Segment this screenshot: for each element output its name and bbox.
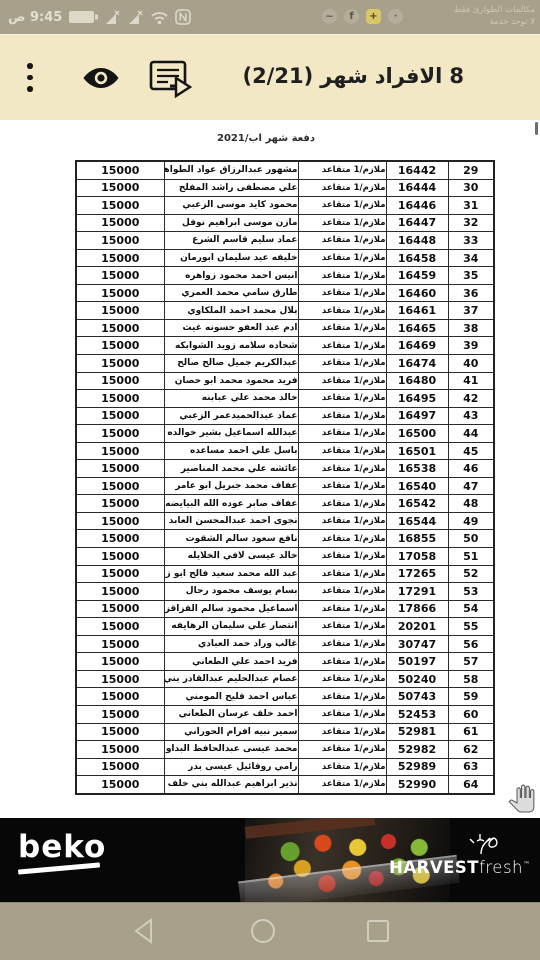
- cell-military-id: 16442: [386, 161, 448, 179]
- cell-military-id: 16540: [386, 477, 448, 495]
- table-row: 5317291ملازم/1 متقاعدبسام يوسف محمود رحا…: [76, 583, 494, 601]
- cell-row-number: 32: [448, 214, 494, 232]
- cell-military-id: 17265: [386, 565, 448, 583]
- cell-rank: ملازم/1 متقاعد: [298, 442, 386, 460]
- cell-military-id: 16460: [386, 284, 448, 302]
- cell-rank: ملازم/1 متقاعد: [298, 214, 386, 232]
- table-row: 6352989ملازم/1 متقاعدرامي روفائيل عيسى ب…: [76, 758, 494, 776]
- cell-row-number: 55: [448, 618, 494, 636]
- cell-name: اسماعيل محمود سالم القزاقزه: [164, 600, 298, 618]
- cell-military-id: 16495: [386, 390, 448, 408]
- cell-amount: 15000: [76, 337, 164, 355]
- payments-table-body: 2916442ملازم/1 متقاعدمشهور عبدالرزاق عوا…: [76, 161, 494, 794]
- table-row: 5117058ملازم/1 متقاعدخالد عيسى لافي الخل…: [76, 548, 494, 566]
- cell-military-id: 16542: [386, 495, 448, 513]
- table-row: 5417866ملازم/1 متقاعداسماعيل محمود سالم …: [76, 600, 494, 618]
- cell-military-id: 16497: [386, 407, 448, 425]
- cell-row-number: 35: [448, 267, 494, 285]
- cell-amount: 15000: [76, 600, 164, 618]
- table-row: 3516459ملازم/1 متقاعدانيس احمد محمود زوا…: [76, 267, 494, 285]
- cell-military-id: 20201: [386, 618, 448, 636]
- cell-row-number: 40: [448, 355, 494, 373]
- sun-leaf-icon: [468, 830, 502, 860]
- cell-name: عائشه علي محمد المناصير: [164, 460, 298, 478]
- cell-name: انيس احمد محمود زواهره: [164, 267, 298, 285]
- table-row: 6252982ملازم/1 متقاعدمحمد عيسى عبدالحافظ…: [76, 741, 494, 759]
- cell-name: باسل علي احمد مساعده: [164, 442, 298, 460]
- nfc-icon: [175, 9, 192, 25]
- status-left-cluster: 9:45 ص: [8, 0, 192, 34]
- table-row: 3316448ملازم/1 متقاعدعماد سليم قاسم الشر…: [76, 232, 494, 250]
- cell-rank: ملازم/1 متقاعد: [298, 688, 386, 706]
- cell-rank: ملازم/1 متقاعد: [298, 600, 386, 618]
- cell-military-id: 16458: [386, 249, 448, 267]
- table-row: 4916544ملازم/1 متقاعدنجوى احمد عبدالمحسن…: [76, 512, 494, 530]
- table-row: 4316497ملازم/1 متقاعدعماد عبدالحميدعمر ا…: [76, 407, 494, 425]
- cell-amount: 15000: [76, 583, 164, 601]
- cell-row-number: 49: [448, 512, 494, 530]
- cell-rank: ملازم/1 متقاعد: [298, 319, 386, 337]
- cell-row-number: 46: [448, 460, 494, 478]
- cell-row-number: 58: [448, 670, 494, 688]
- cell-rank: ملازم/1 متقاعد: [298, 530, 386, 548]
- cell-military-id: 16474: [386, 355, 448, 373]
- cell-rank: ملازم/1 متقاعد: [298, 477, 386, 495]
- cell-rank: ملازم/1 متقاعد: [298, 407, 386, 425]
- cell-amount: 15000: [76, 688, 164, 706]
- cell-row-number: 62: [448, 741, 494, 759]
- cell-military-id: 16448: [386, 232, 448, 250]
- cell-row-number: 37: [448, 302, 494, 320]
- cell-row-number: 64: [448, 776, 494, 794]
- cell-name: خالد محمد علي عبابنه: [164, 390, 298, 408]
- table-row: 5217265ملازم/1 متقاعدعبد الله محمد سعيد …: [76, 565, 494, 583]
- cell-military-id: 16500: [386, 425, 448, 443]
- cell-row-number: 51: [448, 548, 494, 566]
- cell-military-id: 16501: [386, 442, 448, 460]
- page-indicator: (2/21): [242, 64, 313, 88]
- cell-rank: ملازم/1 متقاعد: [298, 337, 386, 355]
- android-nav-bar: [0, 902, 540, 960]
- document-title: (2/21) شهر الافراد 8: [242, 64, 464, 88]
- table-row: 5630747ملازم/1 متقاعدغالب وراد حمد العبا…: [76, 635, 494, 653]
- cell-rank: ملازم/1 متقاعد: [298, 179, 386, 197]
- cell-row-number: 29: [448, 161, 494, 179]
- cell-rank: ملازم/1 متقاعد: [298, 548, 386, 566]
- table-row: 3016444ملازم/1 متقاعدعلي مصطفى راشد المف…: [76, 179, 494, 197]
- carrier-notice: مكالمات الطوارئ فقط لا توجد خدمة: [405, 4, 535, 28]
- cell-military-id: 17866: [386, 600, 448, 618]
- table-row: 3616460ملازم/1 متقاعدطارق سامي محمد العم…: [76, 284, 494, 302]
- cell-name: خليفه عيد سليمان ابورمان: [164, 249, 298, 267]
- phone-screen: 9:45 ص ~ f + · مكالمات الطوارئ فقط: [0, 0, 540, 960]
- cell-rank: ملازم/1 متقاعد: [298, 670, 386, 688]
- cell-rank: ملازم/1 متقاعد: [298, 161, 386, 179]
- sim1-signal-off-icon: [104, 9, 121, 25]
- table-row: 3416458ملازم/1 متقاعدخليفه عيد سليمان اب…: [76, 249, 494, 267]
- cell-row-number: 63: [448, 758, 494, 776]
- cell-name: مشهور عبدالرزاق عواد الطواهيه: [164, 161, 298, 179]
- cell-amount: 15000: [76, 530, 164, 548]
- cell-row-number: 41: [448, 372, 494, 390]
- scrollbar-thumb[interactable]: [535, 122, 538, 135]
- cell-name: شحاده سلامه زويد الشوابكه: [164, 337, 298, 355]
- table-row: 4216495ملازم/1 متقاعدخالد محمد علي عبابن…: [76, 390, 494, 408]
- messenger-icon: ~: [322, 9, 337, 24]
- cell-row-number: 56: [448, 635, 494, 653]
- cell-name: طارق سامي محمد العمري: [164, 284, 298, 302]
- cell-row-number: 34: [448, 249, 494, 267]
- cell-name: محمود كايد موسى الزعبي: [164, 197, 298, 215]
- cell-rank: ملازم/1 متقاعد: [298, 267, 386, 285]
- table-row: 6052453ملازم/1 متقاعداحمد خلف عرسان الطع…: [76, 705, 494, 723]
- table-row: 4716540ملازم/1 متقاعدعفاف محمد جبريل ابو…: [76, 477, 494, 495]
- facebook-icon: f: [344, 9, 359, 24]
- table-row: 5016855ملازم/1 متقاعدنافع سعود سالم الشق…: [76, 530, 494, 548]
- cell-military-id: 52453: [386, 705, 448, 723]
- table-row: 2916442ملازم/1 متقاعدمشهور عبدالرزاق عوا…: [76, 161, 494, 179]
- cell-amount: 15000: [76, 460, 164, 478]
- cell-rank: ملازم/1 متقاعد: [298, 758, 386, 776]
- cell-name: عبدالكريم جميل صالح صالح: [164, 355, 298, 373]
- cell-rank: ملازم/1 متقاعد: [298, 512, 386, 530]
- table-row: 3116446ملازم/1 متقاعدمحمود كايد موسى الز…: [76, 197, 494, 215]
- cell-amount: 15000: [76, 723, 164, 741]
- table-row: 5950743ملازم/1 متقاعدعباس احمد فليح المو…: [76, 688, 494, 706]
- cell-name: فريد محمود محمد ابو حصان: [164, 372, 298, 390]
- cell-name: رامي روفائيل عيسى بدر: [164, 758, 298, 776]
- cell-military-id: 52982: [386, 741, 448, 759]
- cell-row-number: 45: [448, 442, 494, 460]
- cell-amount: 15000: [76, 758, 164, 776]
- table-row: 4816542ملازم/1 متقاعدعفاف صابر عوده الله…: [76, 495, 494, 513]
- cell-name: بسام يوسف محمود رحال: [164, 583, 298, 601]
- notification-badges: ~ f + ·: [322, 9, 403, 24]
- cell-military-id: 16855: [386, 530, 448, 548]
- cell-row-number: 31: [448, 197, 494, 215]
- cell-rank: ملازم/1 متقاعد: [298, 565, 386, 583]
- cell-name: بلال محمد احمد الملكاوي: [164, 302, 298, 320]
- cell-name: فريد احمد علي الطعاني: [164, 653, 298, 671]
- cell-amount: 15000: [76, 618, 164, 636]
- cell-rank: ملازم/1 متقاعد: [298, 425, 386, 443]
- cell-military-id: 16446: [386, 197, 448, 215]
- yellow-app-icon: +: [366, 9, 381, 24]
- cell-amount: 15000: [76, 776, 164, 794]
- cell-amount: 15000: [76, 477, 164, 495]
- table-row: 5750197ملازم/1 متقاعدفريد احمد علي الطعا…: [76, 653, 494, 671]
- cell-amount: 15000: [76, 442, 164, 460]
- cell-rank: ملازم/1 متقاعد: [298, 723, 386, 741]
- cell-row-number: 33: [448, 232, 494, 250]
- beko-logo-text: beko: [18, 832, 106, 862]
- overflow-menu-button[interactable]: [24, 60, 36, 95]
- cell-row-number: 50: [448, 530, 494, 548]
- cell-name: مازن موسى ابراهيم نوفل: [164, 214, 298, 232]
- cell-rank: ملازم/1 متقاعد: [298, 776, 386, 794]
- cell-military-id: 30747: [386, 635, 448, 653]
- page-header: دفعة شهر اب/2021: [0, 133, 532, 144]
- table-row: 4416500ملازم/1 متقاعدعبدالله اسماعيل بشي…: [76, 425, 494, 443]
- cell-rank: ملازم/1 متقاعد: [298, 618, 386, 636]
- cell-name: خالد عيسى لافي الخلايله: [164, 548, 298, 566]
- cell-amount: 15000: [76, 179, 164, 197]
- app-icon: ·: [388, 9, 403, 24]
- cell-name: نذير ابراهيم عبدالله بني خلف: [164, 776, 298, 794]
- cell-military-id: 16538: [386, 460, 448, 478]
- cell-name: سمير نبيه افرام الحوراني: [164, 723, 298, 741]
- cell-name: عماد سليم قاسم الشرع: [164, 232, 298, 250]
- cell-rank: ملازم/1 متقاعد: [298, 705, 386, 723]
- cell-amount: 15000: [76, 548, 164, 566]
- cell-row-number: 61: [448, 723, 494, 741]
- cell-name: عفاف محمد جبريل ابو عامر: [164, 477, 298, 495]
- cell-rank: ملازم/1 متقاعد: [298, 741, 386, 759]
- cell-rank: ملازم/1 متقاعد: [298, 635, 386, 653]
- cell-name: عبدالله اسماعيل بشير خوالده: [164, 425, 298, 443]
- cell-name: عباس احمد فليح المومني: [164, 688, 298, 706]
- cell-name: نجوى احمد عبدالمحسن العابد: [164, 512, 298, 530]
- cell-row-number: 38: [448, 319, 494, 337]
- home-button[interactable]: [249, 917, 277, 949]
- table-row: 3716461ملازم/1 متقاعدبلال محمد احمد المل…: [76, 302, 494, 320]
- cell-amount: 15000: [76, 495, 164, 513]
- cell-amount: 15000: [76, 372, 164, 390]
- cell-row-number: 30: [448, 179, 494, 197]
- cell-name: ادم عبد العفو حسونه غيث: [164, 319, 298, 337]
- cell-military-id: 50240: [386, 670, 448, 688]
- cell-amount: 15000: [76, 512, 164, 530]
- battery-icon: [68, 10, 98, 24]
- cell-row-number: 39: [448, 337, 494, 355]
- pdf-page[interactable]: دفعة شهر اب/2021 2916442ملازم/1 متقاعدمش…: [0, 120, 540, 818]
- cell-row-number: 57: [448, 653, 494, 671]
- export-page-button[interactable]: [148, 59, 194, 103]
- cell-amount: 15000: [76, 232, 164, 250]
- cell-military-id: 52990: [386, 776, 448, 794]
- harvestfresh-logo: HARVESTfresh™: [389, 858, 530, 877]
- cell-row-number: 53: [448, 583, 494, 601]
- viewer-toolbar: (2/21) شهر الافراد 8: [0, 34, 540, 121]
- cell-amount: 15000: [76, 653, 164, 671]
- cell-amount: 15000: [76, 635, 164, 653]
- cell-military-id: 16480: [386, 372, 448, 390]
- cell-amount: 15000: [76, 161, 164, 179]
- cell-amount: 15000: [76, 390, 164, 408]
- cell-amount: 15000: [76, 425, 164, 443]
- cell-amount: 15000: [76, 319, 164, 337]
- cell-military-id: 52981: [386, 723, 448, 741]
- cell-name: احمد خلف عرسان الطعاني: [164, 705, 298, 723]
- cell-name: عبد الله محمد سعيد فالح ابو زيتون: [164, 565, 298, 583]
- table-row: 3816465ملازم/1 متقاعدادم عبد العفو حسونه…: [76, 319, 494, 337]
- table-row: 3916469ملازم/1 متقاعدشحاده سلامه زويد ال…: [76, 337, 494, 355]
- recents-button[interactable]: [364, 917, 392, 949]
- status-bar: 9:45 ص ~ f + · مكالمات الطوارئ فقط: [0, 0, 540, 34]
- cell-amount: 15000: [76, 267, 164, 285]
- cell-row-number: 59: [448, 688, 494, 706]
- carrier-notice-line1: مكالمات الطوارئ فقط: [405, 4, 535, 16]
- cell-amount: 15000: [76, 302, 164, 320]
- ad-banner[interactable]: beko HARVESTfresh™: [0, 818, 540, 902]
- document-export-icon: [148, 84, 194, 103]
- cell-military-id: 50197: [386, 653, 448, 671]
- cell-rank: ملازم/1 متقاعد: [298, 653, 386, 671]
- cell-military-id: 16544: [386, 512, 448, 530]
- cell-rank: ملازم/1 متقاعد: [298, 284, 386, 302]
- table-row: 4116480ملازم/1 متقاعدفريد محمود محمد ابو…: [76, 372, 494, 390]
- cell-amount: 15000: [76, 407, 164, 425]
- cell-rank: ملازم/1 متقاعد: [298, 460, 386, 478]
- cell-rank: ملازم/1 متقاعد: [298, 390, 386, 408]
- cell-military-id: 16444: [386, 179, 448, 197]
- table-row: 3216447ملازم/1 متقاعدمازن موسى ابراهيم ن…: [76, 214, 494, 232]
- cell-amount: 15000: [76, 355, 164, 373]
- cell-row-number: 36: [448, 284, 494, 302]
- cell-name: عفاف صابر عوده الله البيايضه: [164, 495, 298, 513]
- cell-name: انتصار علي سليمان الرهايفه: [164, 618, 298, 636]
- cell-military-id: 16465: [386, 319, 448, 337]
- cell-rank: ملازم/1 متقاعد: [298, 232, 386, 250]
- cell-row-number: 48: [448, 495, 494, 513]
- table-row: 5520201ملازم/1 متقاعدانتصار علي سليمان ا…: [76, 618, 494, 636]
- back-button[interactable]: [131, 917, 159, 949]
- cell-military-id: 50743: [386, 688, 448, 706]
- harvest-bold-text: HARVEST: [389, 858, 479, 877]
- hand-cursor-icon: [508, 784, 535, 817]
- table-row: 6452990ملازم/1 متقاعدنذير ابراهيم عبدالل…: [76, 776, 494, 794]
- cell-military-id: 16459: [386, 267, 448, 285]
- sim2-signal-off-icon: [127, 9, 144, 25]
- cell-amount: 15000: [76, 670, 164, 688]
- view-mode-button[interactable]: [82, 66, 120, 94]
- cell-row-number: 47: [448, 477, 494, 495]
- cell-name: علي مصطفى راشد المفلح: [164, 179, 298, 197]
- table-row: 6152981ملازم/1 متقاعدسمير نبيه افرام الح…: [76, 723, 494, 741]
- cell-military-id: 52989: [386, 758, 448, 776]
- cell-amount: 15000: [76, 741, 164, 759]
- trademark-symbol: ™: [523, 861, 530, 869]
- table-row: 5850240ملازم/1 متقاعدعصام عبدالحليم عبدا…: [76, 670, 494, 688]
- cell-military-id: 17058: [386, 548, 448, 566]
- cell-amount: 15000: [76, 705, 164, 723]
- clock: 9:45 ص: [8, 10, 62, 25]
- cell-rank: ملازم/1 متقاعد: [298, 249, 386, 267]
- table-row: 4516501ملازم/1 متقاعدباسل علي احمد مساعد…: [76, 442, 494, 460]
- cell-amount: 15000: [76, 197, 164, 215]
- cell-amount: 15000: [76, 214, 164, 232]
- eye-icon: [82, 75, 120, 94]
- drawer-front: [245, 818, 376, 839]
- cell-rank: ملازم/1 متقاعد: [298, 583, 386, 601]
- cell-name: نافع سعود سالم الشقوت: [164, 530, 298, 548]
- cell-military-id: 16447: [386, 214, 448, 232]
- cell-name: عصام عبدالحليم عبدالقادر بني حمد: [164, 670, 298, 688]
- cell-row-number: 54: [448, 600, 494, 618]
- table-row: 4616538ملازم/1 متقاعدعائشه علي محمد المن…: [76, 460, 494, 478]
- cell-rank: ملازم/1 متقاعد: [298, 372, 386, 390]
- cell-military-id: 16461: [386, 302, 448, 320]
- cell-rank: ملازم/1 متقاعد: [298, 197, 386, 215]
- beko-logo: beko: [18, 832, 106, 871]
- cell-rank: ملازم/1 متقاعد: [298, 495, 386, 513]
- table-row: 4016474ملازم/1 متقاعدعبدالكريم جميل صالح…: [76, 355, 494, 373]
- cell-amount: 15000: [76, 249, 164, 267]
- cell-row-number: 43: [448, 407, 494, 425]
- cell-name: محمد عيسى عبدالحافظ البداوي: [164, 741, 298, 759]
- cell-row-number: 52: [448, 565, 494, 583]
- cell-row-number: 60: [448, 705, 494, 723]
- cell-military-id: 16469: [386, 337, 448, 355]
- cell-amount: 15000: [76, 284, 164, 302]
- cell-military-id: 17291: [386, 583, 448, 601]
- cell-row-number: 44: [448, 425, 494, 443]
- cell-name: عماد عبدالحميدعمر الزعبي: [164, 407, 298, 425]
- cell-rank: ملازم/1 متقاعد: [298, 355, 386, 373]
- cell-amount: 15000: [76, 565, 164, 583]
- payments-table: 2916442ملازم/1 متقاعدمشهور عبدالرزاق عوا…: [75, 160, 495, 795]
- wifi-icon: [150, 10, 169, 25]
- cell-rank: ملازم/1 متقاعد: [298, 302, 386, 320]
- carrier-notice-line2: لا توجد خدمة: [405, 16, 535, 28]
- cell-name: غالب وراد حمد العبادي: [164, 635, 298, 653]
- fresh-light-text: fresh: [479, 858, 523, 877]
- cell-row-number: 42: [448, 390, 494, 408]
